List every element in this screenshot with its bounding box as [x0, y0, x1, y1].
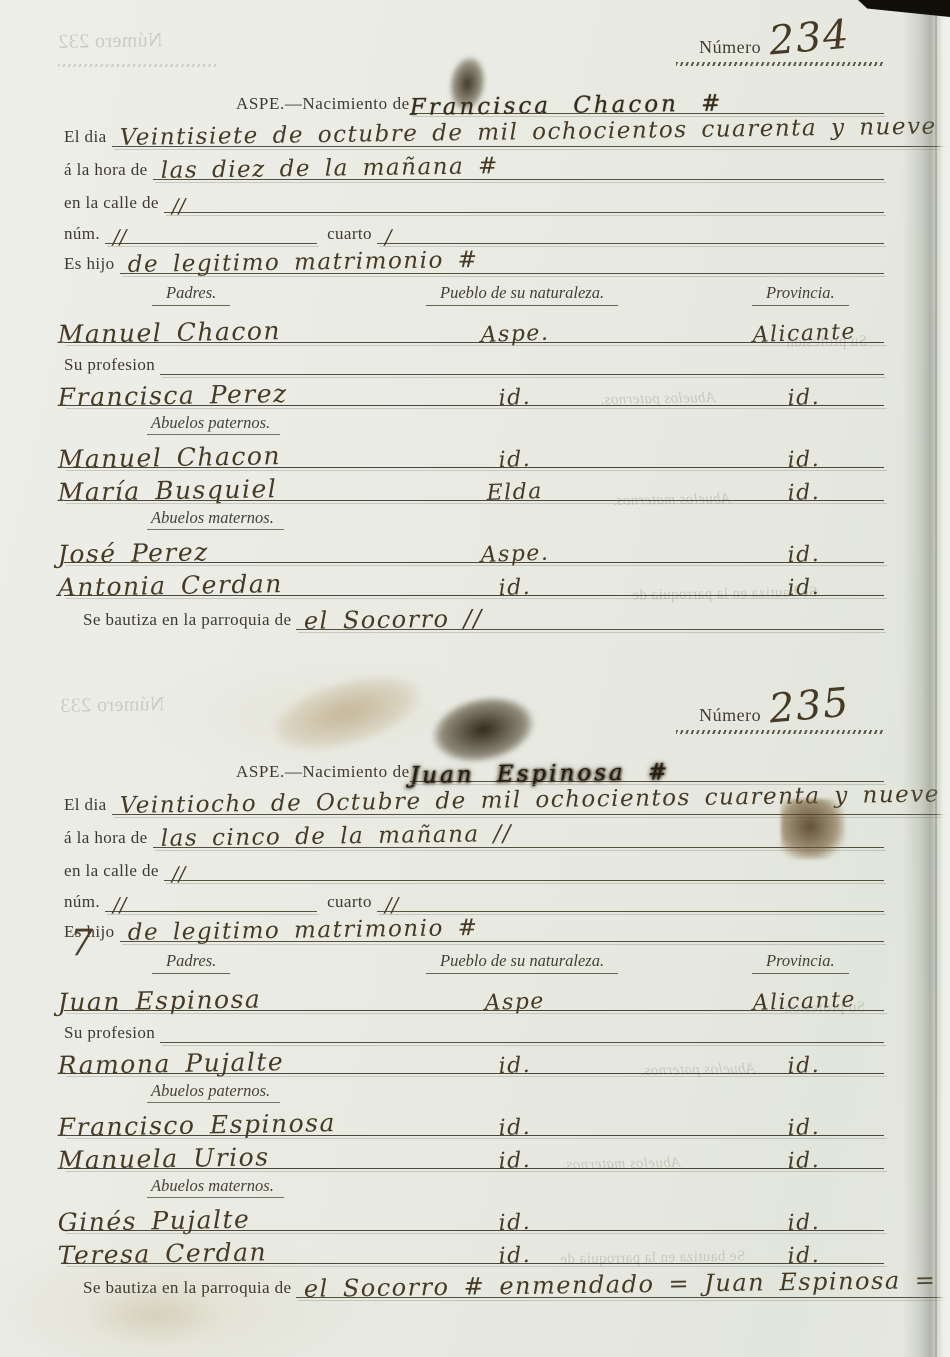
pueblo-header: Pueblo de su naturaleza.: [426, 951, 618, 974]
birth-hour-value: las cinco de la mañana //: [152, 823, 511, 851]
father-provincia: Alicante: [752, 321, 856, 347]
cuarto-value: /: [377, 227, 392, 247]
ruled-line: //: [164, 864, 884, 881]
paternal-grandfather-row: Manuel Chacon id. id.: [64, 435, 884, 468]
page-edge-shading: [902, 0, 950, 1357]
street-value: //: [164, 864, 186, 884]
child-name-value: Francisca Chacon #: [402, 93, 724, 120]
child-of-label: Es hijo: [64, 254, 120, 274]
street-label: en la calle de: [64, 193, 164, 213]
mother-row: Ramona Pujalte id. id.: [64, 1043, 884, 1074]
maternal-grandmother-provincia: id.: [788, 577, 821, 600]
paternal-grandmother-name: María Busquiel: [58, 476, 278, 505]
maternal-grandmother-name: Teresa Cerdan: [58, 1239, 268, 1268]
ruled-line: de legitimo matrimonio #: [120, 254, 885, 274]
paternal-grandparents-header: Abuelos paternos.: [147, 413, 280, 435]
paternal-grandmother-name: Manuela Urios: [58, 1144, 270, 1173]
birth-hour-row: á la hora de las diez de la mañana #: [64, 147, 884, 180]
table-header-row: Padres. Pueblo de su naturaleza. Provinc…: [64, 942, 884, 974]
record-title-label: ASPE.—Nacimiento de: [236, 762, 410, 782]
paternal-grandmother-row: Manuela Urios id. id.: [64, 1136, 884, 1169]
street-value: //: [164, 196, 186, 216]
mother-pueblo: id.: [498, 1055, 531, 1078]
maternal-grandmother-row: Teresa Cerdan id. id.: [64, 1231, 884, 1264]
mother-row: Francisca Perez id. id.: [64, 375, 884, 406]
legitimacy-value: de legitimo matrimonio #: [119, 249, 478, 277]
table-header-row: Padres. Pueblo de su naturaleza. Provinc…: [64, 274, 884, 306]
ruled-line: //: [164, 196, 884, 213]
hour-label: á la hora de: [64, 160, 153, 180]
paternal-grandmother-pueblo: Elda: [486, 481, 543, 505]
birth-date-row: El dia Veintisiete de octubre de mil och…: [64, 114, 884, 147]
house-number-value: //: [105, 227, 127, 247]
mother-provincia: id.: [788, 1055, 821, 1078]
father-row: Juan Espinosa Aspe Alicante: [64, 974, 884, 1011]
provincia-header: Provincia.: [752, 283, 849, 306]
legitimacy-row: Es hijo de legitimo matrimonio #: [64, 244, 884, 274]
maternal-grandmother-pueblo: id.: [498, 577, 531, 600]
ruled-line: Veintiocho de Octubre de mil ochocientos…: [112, 795, 950, 815]
father-name: Manuel Chacon: [58, 318, 282, 347]
street-label: en la calle de: [64, 861, 164, 881]
house-number-label: núm.: [64, 224, 105, 244]
baptism-parish-value: el Socorro # enmendado = Juan Espinosa =…: [296, 1267, 950, 1301]
mother-name: Francisca Perez: [58, 381, 288, 410]
record-number-row: Número 234: [64, 10, 884, 58]
baptism-parish-value: el Socorro //: [296, 606, 483, 633]
house-number-value: //: [105, 895, 127, 915]
page-crease: [935, 0, 937, 1357]
profession-row: Su profesion: [64, 1011, 884, 1043]
hour-label: á la hora de: [64, 828, 153, 848]
cuarto-label: cuarto: [317, 892, 377, 912]
record-number-label: Número: [699, 705, 761, 726]
mother-name: Ramona Pujalte: [58, 1049, 285, 1078]
ruled-line: las cinco de la mañana //: [153, 828, 884, 848]
birth-record-235: 7 Número 235 ASPE.—Nacimiento de Juan Es…: [64, 678, 884, 1298]
paternal-grandmother-provincia: id.: [788, 482, 821, 505]
record-heading: ASPE.—Nacimiento de Francisca Chacon #: [64, 72, 884, 114]
ruled-line: Veintisiete de octubre de mil ochociento…: [112, 127, 950, 147]
record-title-label: ASPE.—Nacimiento de: [236, 94, 410, 114]
padres-header: Padres.: [152, 283, 230, 306]
register-page: Número 232 Número 233 Su profesion Abuel…: [0, 0, 950, 1357]
mother-pueblo: id.: [498, 387, 531, 410]
paternal-grandmother-pueblo: id.: [498, 1150, 531, 1173]
pueblo-header: Pueblo de su naturaleza.: [426, 283, 618, 306]
ruled-line: Juan Espinosa #: [410, 781, 884, 782]
maternal-grandmother-pueblo: id.: [498, 1245, 531, 1268]
profession-row: Su profesion: [64, 343, 884, 375]
father-row: Manuel Chacon Aspe. Alicante: [64, 306, 884, 343]
number-cuarto-row: núm. // cuarto //: [64, 881, 884, 912]
record-heading: ASPE.—Nacimiento de Juan Espinosa #: [64, 740, 884, 782]
maternal-grandparents-header: Abuelos maternos.: [147, 508, 284, 530]
birth-date-value: Veintiocho de Octubre de mil ochocientos…: [111, 783, 950, 818]
maternal-grandfather-row: José Perez Aspe. id.: [64, 530, 884, 563]
profession-label: Su profesion: [64, 1023, 160, 1043]
profession-label: Su profesion: [64, 355, 160, 375]
ruled-line: //: [105, 227, 317, 244]
ruled-line: /: [377, 227, 884, 244]
provincia-header: Provincia.: [752, 951, 849, 974]
baptism-row: Se bautiza en la parroquia de el Socorro…: [64, 1264, 884, 1298]
day-label: El dia: [64, 795, 112, 815]
legitimacy-value: de legitimo matrimonio #: [119, 917, 478, 945]
father-pueblo: Aspe: [484, 991, 545, 1015]
paternal-grandparents-header: Abuelos paternos.: [147, 1081, 280, 1103]
baptism-label: Se bautiza en la parroquia de: [64, 610, 296, 630]
birth-record-234: Número 234 ASPE.—Nacimiento de Francisca…: [64, 10, 884, 630]
record-number-value: 234: [768, 15, 852, 62]
maternal-grandmother-provincia: id.: [788, 1245, 821, 1268]
paternal-grandmother-provincia: id.: [788, 1150, 821, 1173]
record-number-row: Número 235: [64, 678, 884, 726]
birth-hour-row: á la hora de las cinco de la mañana //: [64, 815, 884, 848]
ruled-line: Francisca Chacon #: [410, 113, 884, 114]
house-number-label: núm.: [64, 892, 105, 912]
padres-header: Padres.: [152, 951, 230, 974]
street-row: en la calle de //: [64, 180, 884, 213]
mother-provincia: id.: [788, 387, 821, 410]
birth-hour-value: las diez de la mañana #: [152, 155, 498, 183]
maternal-grandfather-row: Ginés Pujalte id. id.: [64, 1198, 884, 1231]
paternal-grandfather-row: Francisco Espinosa id. id.: [64, 1103, 884, 1136]
ruled-line: el Socorro # enmendado = Juan Espinosa =…: [296, 1277, 950, 1298]
paternal-grandmother-row: María Busquiel Elda id.: [64, 468, 884, 501]
father-name: Juan Espinosa: [58, 986, 262, 1015]
cuarto-value: //: [377, 895, 399, 915]
day-label: El dia: [64, 127, 112, 147]
father-pueblo: Aspe.: [480, 323, 550, 347]
street-row: en la calle de //: [64, 848, 884, 881]
maternal-grandparents-header: Abuelos maternos.: [147, 1176, 284, 1198]
birth-date-row: El dia Veintiocho de Octubre de mil ocho…: [64, 782, 884, 815]
record-number-label: Número: [699, 37, 761, 58]
maternal-grandmother-name: Antonia Cerdan: [58, 571, 283, 600]
ruled-line: //: [105, 895, 317, 912]
ruled-line: de legitimo matrimonio #: [120, 922, 885, 942]
ruled-line: el Socorro //: [296, 609, 884, 630]
father-provincia: Alicante: [752, 989, 856, 1015]
cuarto-label: cuarto: [317, 224, 377, 244]
ruled-line: las diez de la mañana #: [153, 160, 884, 180]
maternal-grandmother-row: Antonia Cerdan id. id.: [64, 563, 884, 596]
child-name-value: Juan Espinosa #: [402, 761, 671, 788]
birth-date-value: Veintisiete de octubre de mil ochociento…: [111, 115, 950, 150]
legitimacy-row: Es hijo de legitimo matrimonio #: [64, 912, 884, 942]
baptism-row: Se bautiza en la parroquia de el Socorro…: [64, 596, 884, 630]
baptism-label: Se bautiza en la parroquia de: [64, 1278, 296, 1298]
number-cuarto-row: núm. // cuarto /: [64, 213, 884, 244]
ruled-line: //: [377, 895, 884, 912]
record-number-value: 235: [768, 683, 852, 730]
